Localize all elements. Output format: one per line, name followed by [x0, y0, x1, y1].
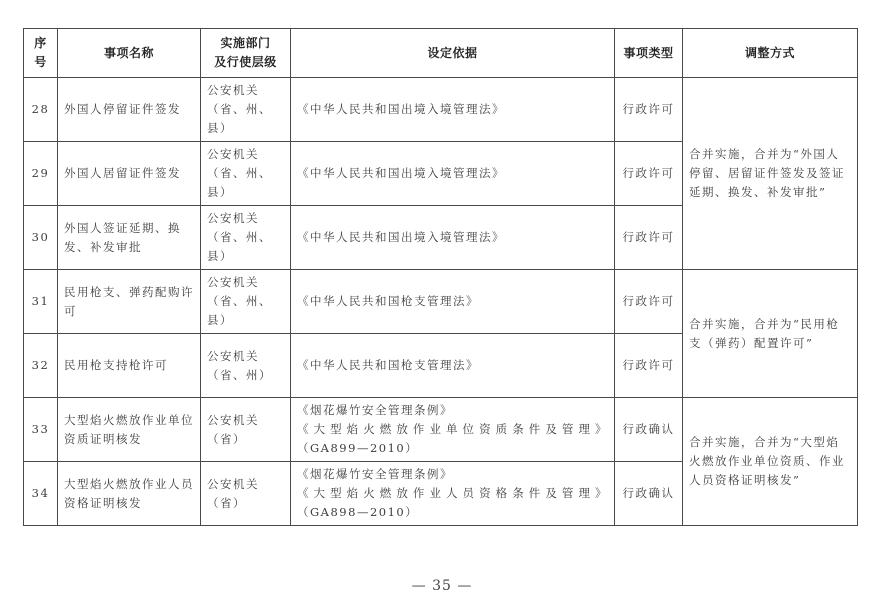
department: 公安机关（省）	[201, 398, 291, 462]
table-row: 33 大型焰火燃放作业单位资质证明核发 公安机关（省） 《烟花爆竹安全管理条例》…	[24, 398, 858, 462]
header-adjustment-method: 调整方式	[683, 29, 858, 78]
serial-number: 32	[24, 334, 58, 398]
legal-basis: 《中华人民共和国出境入境管理法》	[291, 78, 615, 142]
item-type: 行政许可	[615, 78, 683, 142]
department: 公安机关（省、州、县）	[201, 142, 291, 206]
item-type: 行政许可	[615, 270, 683, 334]
administrative-items-table: 序号 事项名称 实施部门及行使层级 设定依据 事项类型 调整方式 28 外国人停…	[23, 28, 858, 526]
item-type: 行政确认	[615, 398, 683, 462]
serial-number: 33	[24, 398, 58, 462]
item-name: 民用枪支持枪许可	[58, 334, 201, 398]
header-item-type: 事项类型	[615, 29, 683, 78]
header-department: 实施部门及行使层级	[201, 29, 291, 78]
item-name: 民用枪支、弹药配购许可	[58, 270, 201, 334]
legal-basis: 《烟花爆竹安全管理条例》 《大型焰火燃放作业单位资质条件及管理》 （GA899—…	[291, 398, 615, 462]
serial-number: 29	[24, 142, 58, 206]
item-name: 外国人签证延期、换发、补发审批	[58, 206, 201, 270]
legal-basis-line: 《大型焰火燃放作业单位资质条件及管理》	[297, 420, 608, 439]
item-type: 行政许可	[615, 142, 683, 206]
legal-basis: 《烟花爆竹安全管理条例》 《大型焰火燃放作业人员资格条件及管理》 （GA898—…	[291, 462, 615, 526]
header-serial-number: 序号	[24, 29, 58, 78]
table-row: 31 民用枪支、弹药配购许可 公安机关（省、州、县） 《中华人民共和国枪支管理法…	[24, 270, 858, 334]
table-header-row: 序号 事项名称 实施部门及行使层级 设定依据 事项类型 调整方式	[24, 29, 858, 78]
legal-basis-line: 《大型焰火燃放作业人员资格条件及管理》	[297, 484, 608, 503]
legal-basis-line: （GA899—2010）	[297, 439, 608, 458]
adjustment-method: 合并实施，合并为“大型焰火燃放作业单位资质、作业人员资格证明核发”	[683, 398, 858, 526]
serial-number: 34	[24, 462, 58, 526]
header-item-name: 事项名称	[58, 29, 201, 78]
department: 公安机关（省、州）	[201, 334, 291, 398]
item-type: 行政确认	[615, 462, 683, 526]
department: 公安机关（省、州、县）	[201, 206, 291, 270]
legal-basis: 《中华人民共和国出境入境管理法》	[291, 206, 615, 270]
document-page: 序号 事项名称 实施部门及行使层级 设定依据 事项类型 调整方式 28 外国人停…	[0, 0, 884, 600]
legal-basis: 《中华人民共和国出境入境管理法》	[291, 142, 615, 206]
department: 公安机关（省、州、县）	[201, 270, 291, 334]
legal-basis: 《中华人民共和国枪支管理法》	[291, 334, 615, 398]
item-type: 行政许可	[615, 334, 683, 398]
adjustment-method: 合并实施，合并为“民用枪支（弹药）配置许可”	[683, 270, 858, 398]
department: 公安机关（省、州、县）	[201, 78, 291, 142]
legal-basis-line: （GA898—2010）	[297, 503, 608, 522]
item-name: 外国人居留证件签发	[58, 142, 201, 206]
legal-basis: 《中华人民共和国枪支管理法》	[291, 270, 615, 334]
page-number: — 35 —	[0, 578, 884, 594]
header-legal-basis: 设定依据	[291, 29, 615, 78]
item-name: 大型焰火燃放作业单位资质证明核发	[58, 398, 201, 462]
table-row: 28 外国人停留证件签发 公安机关（省、州、县） 《中华人民共和国出境入境管理法…	[24, 78, 858, 142]
serial-number: 30	[24, 206, 58, 270]
legal-basis-line: 《烟花爆竹安全管理条例》	[297, 465, 608, 484]
legal-basis-line: 《烟花爆竹安全管理条例》	[297, 401, 608, 420]
item-name: 外国人停留证件签发	[58, 78, 201, 142]
serial-number: 28	[24, 78, 58, 142]
item-type: 行政许可	[615, 206, 683, 270]
item-name: 大型焰火燃放作业人员资格证明核发	[58, 462, 201, 526]
department: 公安机关（省）	[201, 462, 291, 526]
adjustment-method: 合并实施，合并为“外国人停留、居留证件签发及签证延期、换发、补发审批”	[683, 78, 858, 270]
serial-number: 31	[24, 270, 58, 334]
